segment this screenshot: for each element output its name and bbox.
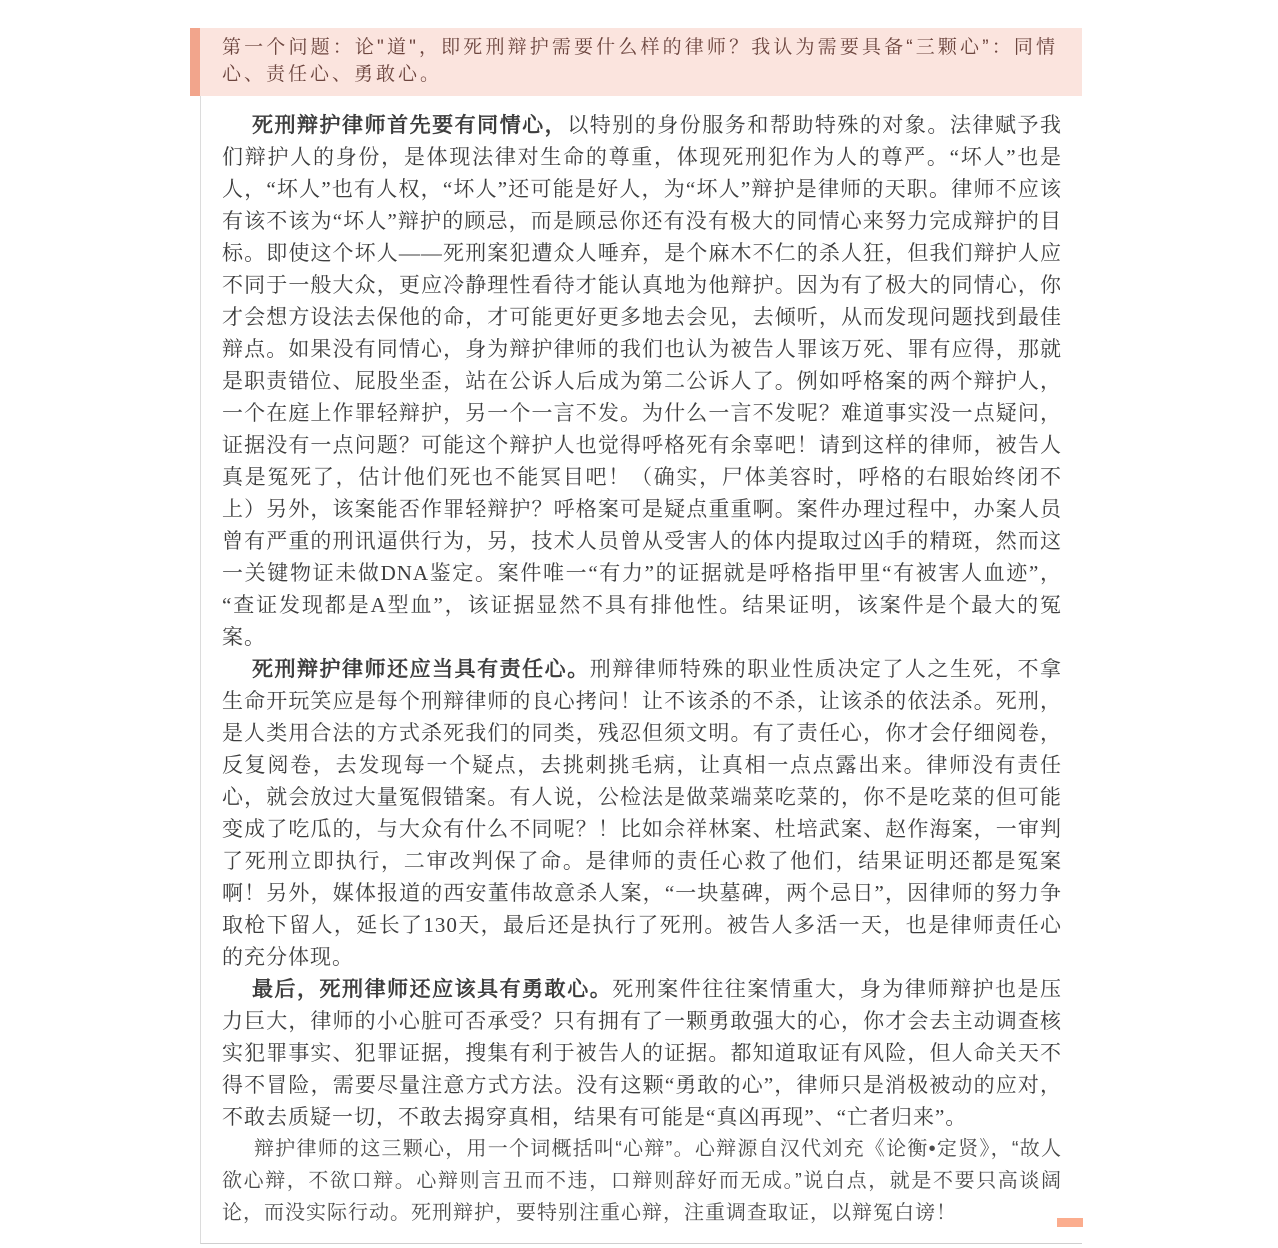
- paragraph-responsibility: 死刑辩护律师还应当具有责任心。刑辩律师特殊的职业性质决定了人之生死，不拿生命开玩…: [222, 653, 1062, 973]
- paragraph-conclusion-text: 辩护律师的这三颗心，用一个词概括叫“心辩”。心辩源自汉代刘充《论衡•定贤》，“故…: [222, 1138, 1062, 1224]
- paragraph-sympathy-text: 以特别的身份服务和帮助特殊的对象。法律赋予我们辩护人的身份，是体现法律对生命的尊…: [222, 113, 1062, 649]
- article-body: 死刑辩护律师首先要有同情心，以特别的身份服务和帮助特殊的对象。法律赋予我们辩护人…: [200, 96, 1082, 1244]
- paragraph-courage: 最后，死刑律师还应该具有勇敢心。死刑案件往往案情重大，身为律师辩护也是压力巨大，…: [222, 973, 1062, 1133]
- question-banner: 第一个问题：论"道"，即死刑辩护需要什么样的律师？我认为需要具备“三颗心”：同情…: [190, 28, 1082, 96]
- paragraph-responsibility-lead: 死刑辩护律师还应当具有责任心。: [252, 657, 590, 681]
- paragraph-responsibility-text: 刑辩律师特殊的职业性质决定了人之生死，不拿生命开玩笑应是每个刑辩律师的良心拷问！…: [222, 657, 1062, 969]
- paragraph-sympathy-lead: 死刑辩护律师首先要有同情心，: [252, 113, 567, 137]
- paragraph-courage-lead: 最后，死刑律师还应该具有勇敢心。: [252, 977, 612, 1001]
- paragraph-conclusion: 辩护律师的这三颗心，用一个词概括叫“心辩”。心辩源自汉代刘充《论衡•定贤》，“故…: [222, 1133, 1062, 1229]
- bottom-accent-marker: [1057, 1218, 1083, 1227]
- question-banner-text: 第一个问题：论"道"，即死刑辩护需要什么样的律师？我认为需要具备“三颗心”：同情…: [222, 37, 1058, 85]
- paragraph-sympathy: 死刑辩护律师首先要有同情心，以特别的身份服务和帮助特殊的对象。法律赋予我们辩护人…: [222, 109, 1062, 653]
